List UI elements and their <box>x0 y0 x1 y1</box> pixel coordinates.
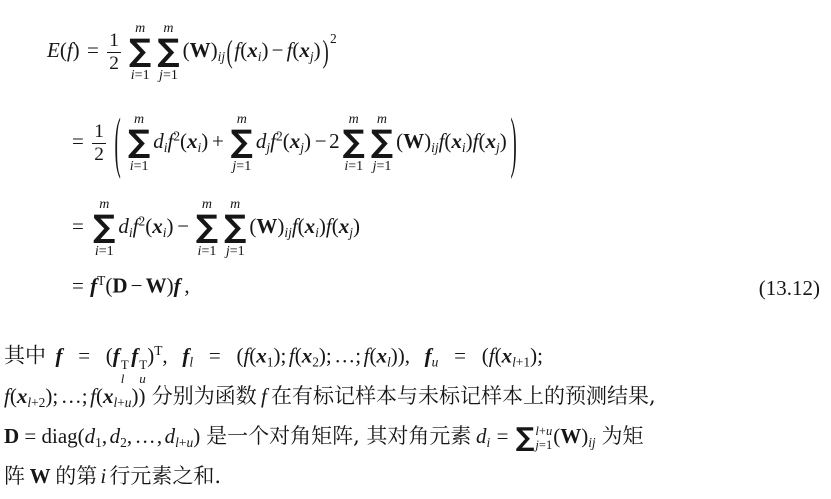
math-run: f( <box>289 343 302 367</box>
math-char: , <box>162 343 167 367</box>
math-char: 1 <box>142 159 149 174</box>
math-char: = <box>72 273 84 297</box>
fraction-numerator: 1 <box>92 122 106 142</box>
math-char: ) <box>314 38 321 62</box>
chinese-text: 行元素之和. <box>109 464 221 488</box>
math-sum: m∑i=1 <box>343 112 365 174</box>
math-run: , <box>184 273 189 297</box>
math-run: (f( <box>236 343 256 367</box>
math-run: d <box>165 424 176 448</box>
math-char: ) <box>319 343 326 367</box>
math-bold-matrix: W <box>256 214 277 238</box>
math-run: ) <box>500 129 507 153</box>
sum-lower-limit: j=1 <box>226 244 245 259</box>
chinese-text: 分别为函数 <box>152 384 257 408</box>
math-fraction: 12 <box>107 31 121 73</box>
math-sum: m∑i=1 <box>93 197 115 259</box>
math-char: = <box>348 159 356 174</box>
math-subscript: l+u <box>113 395 131 410</box>
math-char: = <box>87 38 99 62</box>
math-sum: m∑i=1 <box>196 197 218 259</box>
math-run: d <box>85 424 96 448</box>
math-run: ) <box>304 129 311 153</box>
math-run: d <box>118 214 129 238</box>
math-bold-vector: x <box>376 343 387 367</box>
math-char: u <box>432 354 439 369</box>
math-char: = <box>497 424 509 448</box>
math-char: E <box>47 38 60 62</box>
math-bold-matrix: W <box>403 129 424 153</box>
math-run: …; <box>334 343 361 367</box>
chinese-text: 的第 <box>55 464 97 488</box>
math-run: d <box>153 129 164 153</box>
math-char: ( <box>283 129 290 153</box>
math-run: f( <box>234 38 247 62</box>
sigma-icon: ∑ <box>231 127 253 158</box>
math-char: ( <box>495 343 502 367</box>
math-char: T <box>121 357 129 372</box>
math-bold-vector: x <box>451 129 462 153</box>
math-char: ) <box>132 384 139 408</box>
math-char: = <box>78 343 90 367</box>
math-bold-matrix: D <box>4 424 19 448</box>
sum-lower-limit: i=1 <box>95 244 114 259</box>
math-run: ) <box>261 38 268 62</box>
math-char: 2 <box>120 435 127 450</box>
math-bold-matrix: W <box>30 464 51 488</box>
math-char: d <box>118 214 129 238</box>
math-char: ( <box>106 343 113 367</box>
sum-lower-limit: i=1 <box>131 68 150 83</box>
sigma-icon: ∑ <box>157 36 179 67</box>
math-run: ); <box>530 343 543 367</box>
math-bold-vector: x <box>486 129 497 153</box>
math-fraction: 12 <box>92 122 106 164</box>
math-bold-vector: f <box>113 343 120 367</box>
math-char: ) <box>139 384 146 408</box>
math-bold-vector: x <box>103 384 114 408</box>
math-run: … <box>135 424 156 448</box>
math-char: ( <box>479 129 486 153</box>
math-char: 1 <box>546 438 552 452</box>
chinese-text: 阵 <box>4 464 25 488</box>
math-char: 1 <box>143 68 150 83</box>
math-char: 2 <box>312 354 319 369</box>
math-bold-vector: f <box>174 273 181 297</box>
math-run: + <box>212 129 224 153</box>
math-char: ) <box>73 38 80 62</box>
math-run: d <box>110 424 121 448</box>
math-subscript: l+1 <box>512 354 530 369</box>
math-run: − <box>131 273 143 297</box>
math-bold-matrix: W <box>560 424 581 448</box>
math-run: ); <box>274 343 287 367</box>
math-char: d <box>476 424 487 448</box>
paragraph-line-1: 其中f=(fTlfTu)T,fl=(f(x1);f(x2);…;f(xl)),f… <box>4 343 543 387</box>
math-char: 1 <box>209 244 216 259</box>
math-run: f <box>261 384 267 408</box>
big-delimiter: ( <box>226 36 234 68</box>
math-char: = <box>72 214 84 238</box>
math-char: , <box>405 343 410 367</box>
math-subscript: ij <box>284 225 291 240</box>
math-char: 2 <box>329 129 340 153</box>
math-bold-vector: x <box>302 343 313 367</box>
equation-line-1: E(f)=12m∑i=1m∑j=1(W)ij(f(xi)−f(xj))2 <box>47 21 337 83</box>
sum-lower-limit: i=1 <box>130 159 149 174</box>
math-run: , <box>102 424 107 448</box>
math-char: − <box>315 129 327 153</box>
math-superscript: T <box>121 358 129 373</box>
math-char: l <box>189 354 193 369</box>
fraction-denominator: 2 <box>107 54 121 74</box>
math-run: ) <box>314 38 321 62</box>
paragraph-line-3: D=diag(d1,d2,…,dl+u)是一个对角矩阵, 其对角元素di=∑l+… <box>4 424 644 453</box>
equation-line-4: =fT(D−W)f, <box>72 273 190 299</box>
math-char: = <box>539 438 546 452</box>
math-char: ) <box>319 214 326 238</box>
math-subscript: u <box>432 354 439 369</box>
math-run: = <box>72 214 84 238</box>
math-char: d <box>165 424 176 448</box>
math-bold-vector: f <box>425 343 432 367</box>
math-char: 1 <box>171 68 178 83</box>
math-bold-vector: x <box>305 214 316 238</box>
fraction-numerator: 1 <box>107 31 121 51</box>
math-char: … <box>135 424 156 448</box>
math-bold-matrix: W <box>190 38 211 62</box>
math-char: d <box>153 129 164 153</box>
paragraph-line-4: 阵W的第i行元素之和. <box>4 464 221 489</box>
math-char: ( <box>183 38 190 62</box>
math-char: ( <box>332 214 339 238</box>
math-bold-matrix: D <box>112 273 127 297</box>
math-subscript: l+u <box>175 435 193 450</box>
math-sum: m∑j=1 <box>157 21 179 83</box>
math-char: 2 <box>330 31 337 46</box>
math-char: d <box>256 129 267 153</box>
math-char: = <box>230 244 238 259</box>
sigma-icon: ∑ <box>129 36 151 67</box>
chinese-text: 在有标记样本与未标记样本上的预测结果, <box>271 384 656 408</box>
math-char: ; <box>537 343 543 367</box>
math-char: + <box>212 129 224 153</box>
sum-lower-limit: i=1 <box>198 244 217 259</box>
math-run: ) <box>201 129 208 153</box>
math-char: ) <box>304 129 311 153</box>
math-run: = <box>87 38 99 62</box>
math-char: = <box>99 244 107 259</box>
math-char: u <box>125 395 132 410</box>
math-bold-vector: x <box>502 343 513 367</box>
math-bold-vector: f <box>131 343 138 367</box>
math-char: ) <box>201 129 208 153</box>
math-char: 1 <box>95 435 102 450</box>
math-run: )), <box>391 343 410 367</box>
math-char: = <box>134 159 142 174</box>
paragraph-line-2: f(xl+2);…;f(xl+u))分别为函数f在有标记样本与未标记样本上的预测… <box>4 384 656 411</box>
sum-lower-limit: j=1 <box>373 159 392 174</box>
math-char: ; <box>355 343 361 367</box>
math-char: ) <box>353 214 360 238</box>
math-char: = <box>454 343 466 367</box>
math-char: 1 <box>267 354 274 369</box>
sigma-icon: ∑ <box>343 127 365 158</box>
math-run: ( <box>283 129 290 153</box>
math-run: − <box>315 129 327 153</box>
math-subscript: 1 <box>95 435 102 450</box>
math-superscript: T <box>139 358 147 373</box>
big-delimiter: ) <box>510 109 518 177</box>
math-run: f( <box>364 343 377 367</box>
math-bold-vector: x <box>299 38 310 62</box>
equation-line-3: =m∑i=1dif2(xi)−m∑i=1m∑j=1(W)ijf(xi)f(xj) <box>72 197 360 259</box>
math-char: 1 <box>238 244 245 259</box>
math-run: = <box>24 424 36 448</box>
math-subscript: l <box>189 354 193 369</box>
chinese-text: 其中 <box>4 343 46 367</box>
math-char: 1 <box>107 244 114 259</box>
sigma-icon: ∑ <box>371 127 393 158</box>
math-run: 2 <box>329 129 340 153</box>
math-run: f( <box>287 38 300 62</box>
math-subscript: 2 <box>120 435 127 450</box>
math-bold-vector: x <box>152 214 163 238</box>
math-char: ) <box>391 343 398 367</box>
math-char: ) <box>261 38 268 62</box>
sum-limits: l+uj=1 <box>535 424 552 453</box>
sum-lower-limit: j=1 <box>159 68 178 83</box>
sigma-icon: ∑ <box>196 212 218 243</box>
math-char: , <box>157 424 162 448</box>
math-char: ( <box>298 214 305 238</box>
math-run: = <box>72 273 84 297</box>
math-run: = <box>497 424 509 448</box>
math-char: , <box>102 424 107 448</box>
math-run: f( <box>4 384 17 408</box>
math-bold-matrix: W <box>146 273 167 297</box>
math-run: , <box>127 424 132 448</box>
math-run: i <box>100 464 106 488</box>
math-char: 1 <box>244 159 251 174</box>
math-char: … <box>61 384 82 408</box>
math-run: (f( <box>482 343 502 367</box>
math-run: ) <box>166 214 173 238</box>
math-subscript: i <box>487 435 491 450</box>
math-run: ); <box>45 384 58 408</box>
math-char: + <box>539 424 546 438</box>
math-subscript: 1 <box>267 354 274 369</box>
math-run: E(f) <box>47 38 80 62</box>
math-char: = <box>24 424 36 448</box>
equation-number: (13.12) <box>759 276 820 301</box>
math-char: j <box>592 435 596 450</box>
math-subscript: ij <box>588 435 595 450</box>
math-bold-vector: x <box>187 129 198 153</box>
math-char: ; <box>281 343 287 367</box>
math-sum: m∑j=1 <box>224 197 246 259</box>
textbook-page: E(f)=12m∑i=1m∑j=1(W)ij(f(xi)−f(xj))2 =12… <box>0 0 831 499</box>
math-run: )) <box>132 384 146 408</box>
math-run: ( <box>106 343 113 367</box>
math-run: − <box>177 214 189 238</box>
math-char: 1 <box>384 159 391 174</box>
math-char: … <box>334 343 355 367</box>
math-bold-vector: x <box>247 38 258 62</box>
math-bold-vector: x <box>256 343 267 367</box>
math-run: f( <box>292 214 305 238</box>
sigma-icon: ∑ <box>93 212 115 243</box>
math-run: ) <box>193 424 200 448</box>
fraction-denominator: 2 <box>92 145 106 165</box>
math-char: u <box>546 424 552 438</box>
sigma-icon: ∑ <box>516 425 535 451</box>
math-char: ) <box>466 129 473 153</box>
math-char: ( <box>10 384 17 408</box>
sum-lower-limit: i=1 <box>344 159 363 174</box>
chinese-text: 是一个对角矩阵, 其对角元素 <box>206 424 471 448</box>
math-char: = <box>209 343 221 367</box>
math-char: ) <box>274 343 281 367</box>
chinese-text: 为矩 <box>602 424 644 448</box>
math-run: = <box>72 129 84 153</box>
sum-lower-limit: j=1 <box>232 159 251 174</box>
math-bold-vector: x <box>339 214 350 238</box>
math-run: )f( <box>319 214 339 238</box>
math-char: ) <box>398 343 405 367</box>
math-char: 1 <box>356 159 363 174</box>
math-run: ) <box>211 38 218 62</box>
math-subscript: ij <box>431 140 438 155</box>
math-char: ( <box>96 384 103 408</box>
math-char: − <box>177 214 189 238</box>
math-run: = <box>78 343 90 367</box>
math-run: …; <box>61 384 88 408</box>
math-char: − <box>131 273 143 297</box>
math-char: ( <box>295 343 302 367</box>
math-char: = <box>135 68 143 83</box>
math-char: + <box>117 395 125 410</box>
math-run: , <box>157 424 162 448</box>
math-char: = <box>236 159 244 174</box>
math-char: + <box>31 395 39 410</box>
math-char: = <box>72 129 84 153</box>
math-char: ) <box>166 214 173 238</box>
math-sum: m∑i=1 <box>129 21 151 83</box>
math-char: ; <box>82 384 88 408</box>
math-char: ( <box>60 38 67 62</box>
math-bold-vector: f <box>55 343 62 367</box>
sum-lower-limit: j=1 <box>535 438 552 452</box>
math-run: )f( <box>466 129 486 153</box>
math-run: d <box>256 129 267 153</box>
math-run: , <box>162 343 167 367</box>
math-char: j <box>221 49 225 64</box>
math-char: ) <box>211 38 218 62</box>
math-run: = <box>209 343 221 367</box>
math-char: ) <box>193 424 200 448</box>
math-supsub-stack: Tu <box>139 358 147 387</box>
math-run: − <box>272 38 284 62</box>
math-superscript: 2 <box>330 31 337 46</box>
math-char: ) <box>167 273 174 297</box>
math-char: f <box>261 384 267 408</box>
math-run: f( <box>90 384 103 408</box>
math-run: ); <box>319 343 332 367</box>
math-char: , <box>127 424 132 448</box>
math-sum: m∑j=1 <box>231 112 253 174</box>
math-char: = <box>163 68 171 83</box>
math-run: ) <box>353 214 360 238</box>
math-bold-vector: x <box>17 384 28 408</box>
math-subscript: l+2 <box>27 395 45 410</box>
math-char: i <box>487 435 491 450</box>
math-sum: m∑j=1 <box>371 112 393 174</box>
math-char: 2 <box>276 129 283 144</box>
math-char: − <box>272 38 284 62</box>
math-run: ) <box>167 273 174 297</box>
math-subscript: 2 <box>312 354 319 369</box>
math-char: d <box>110 424 121 448</box>
math-char: d <box>85 424 96 448</box>
math-superscript: 2 <box>276 129 283 144</box>
math-run: f( <box>439 129 452 153</box>
math-char: ( <box>482 343 489 367</box>
equation-line-2: =12(m∑i=1dif2(xi)+m∑j=1djf2(xj)−2m∑i=1m∑… <box>72 112 519 174</box>
math-roman: diag( <box>42 424 85 448</box>
math-run: = <box>454 343 466 367</box>
sigma-icon: ∑ <box>128 127 150 158</box>
math-char: ; <box>52 384 58 408</box>
math-run: ( <box>180 129 187 153</box>
sigma-icon: ∑ <box>224 212 246 243</box>
math-subscript: ij <box>218 49 225 64</box>
math-run: d <box>476 424 487 448</box>
math-char: i <box>100 464 106 488</box>
math-char: T <box>139 357 147 372</box>
math-bold-vector: x <box>290 129 301 153</box>
big-delimiter: ) <box>321 36 329 68</box>
math-char: , <box>184 273 189 297</box>
math-char: ; <box>326 343 332 367</box>
math-inline-sum: ∑l+uj=1 <box>516 424 552 453</box>
math-char: ( <box>180 129 187 153</box>
math-sum: m∑i=1 <box>128 112 150 174</box>
sum-upper-limit: l+u <box>535 424 552 438</box>
math-supsub-stack: Tl <box>121 358 129 387</box>
math-char: ) <box>500 129 507 153</box>
big-delimiter: ( <box>114 109 122 177</box>
math-run: ( <box>183 38 190 62</box>
